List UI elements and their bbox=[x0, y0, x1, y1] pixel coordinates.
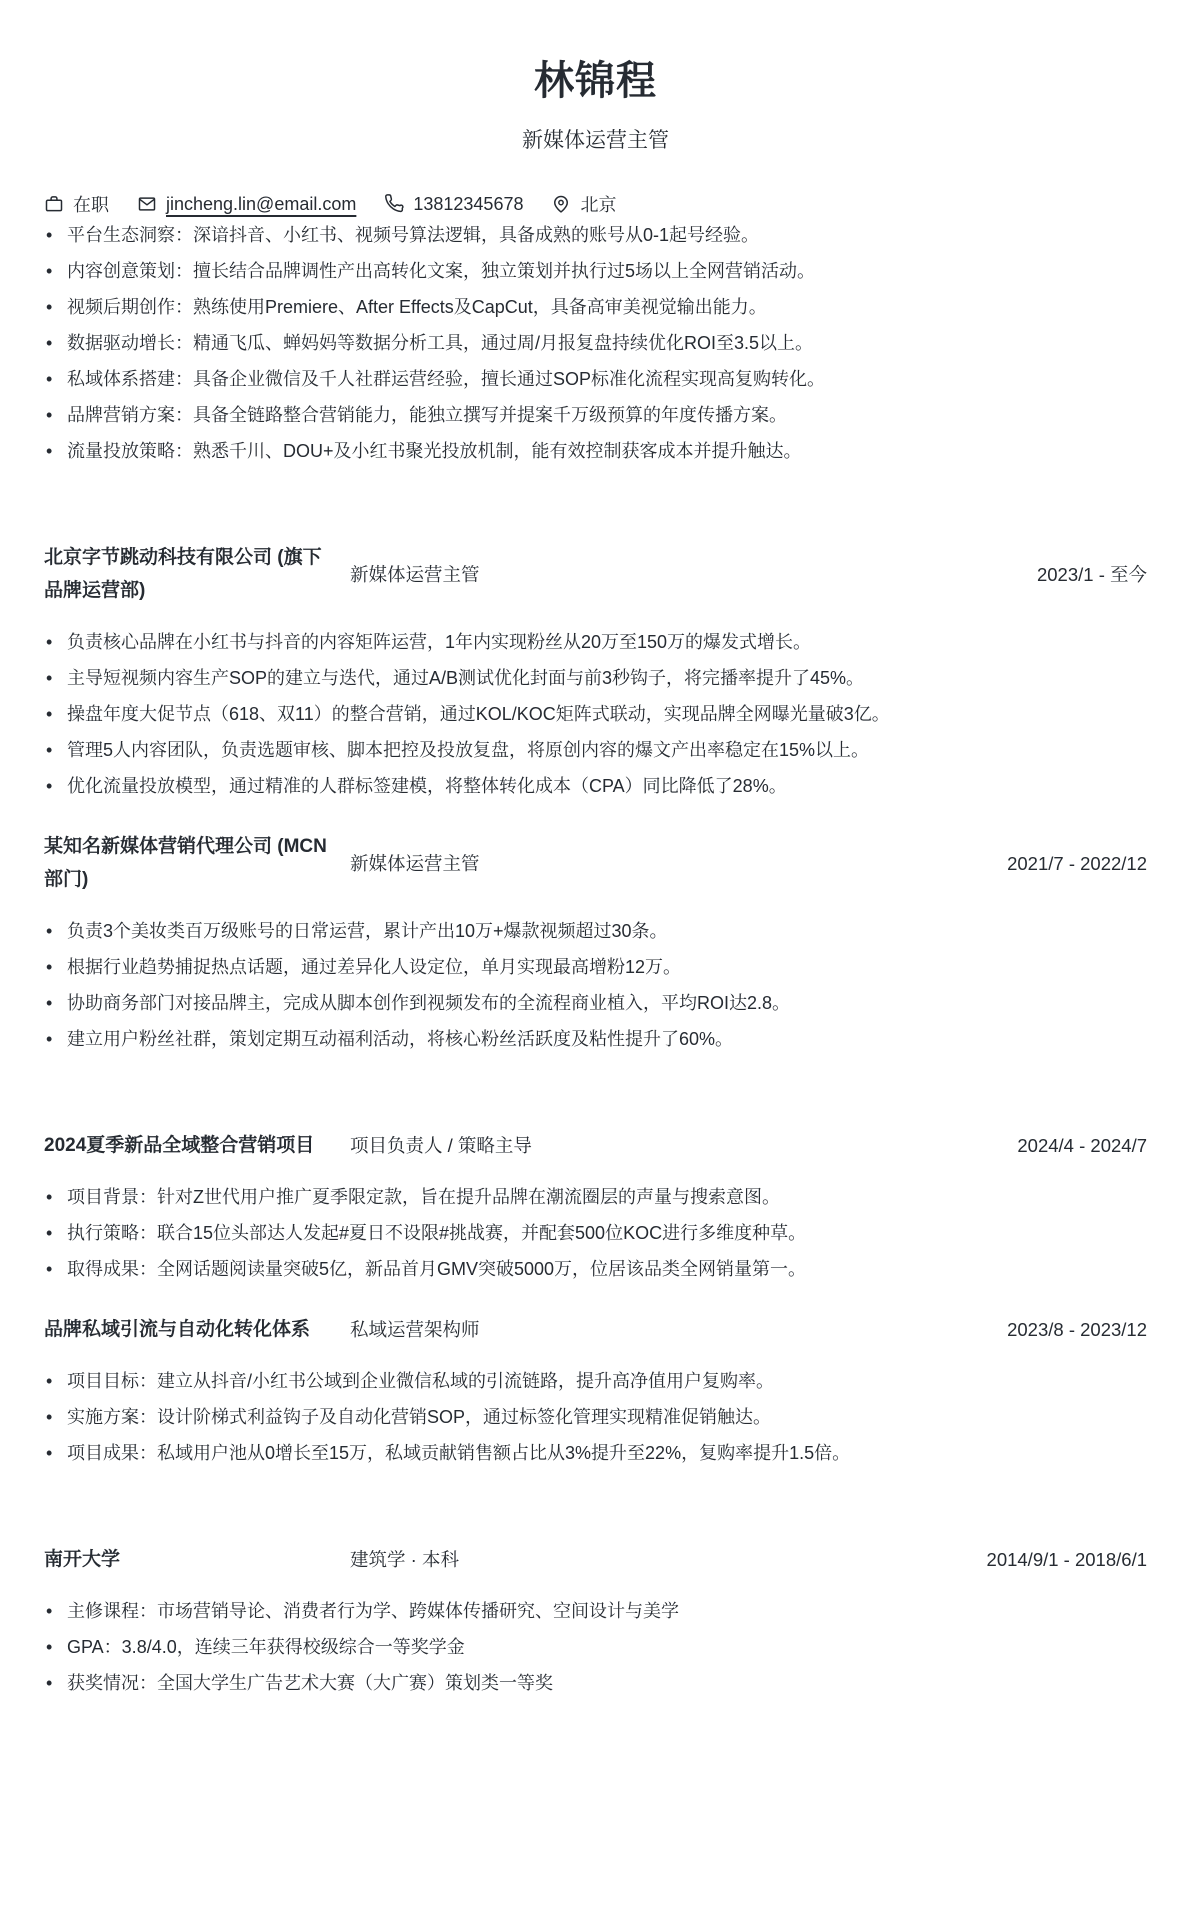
contact-bar: 在职 jincheng.lin@email.com 138123456 bbox=[44, 191, 1147, 217]
resume-page: 林锦程 新媒体运营主管 在职 jinch bbox=[0, 0, 1191, 1914]
projects-section: 2024夏季新品全域整合营销项目 项目负责人 / 策略主导 2024/4 - 2… bbox=[44, 1129, 1147, 1471]
briefcase-icon bbox=[44, 194, 64, 214]
project-bullet-list: 项目背景：针对Z世代用户推广夏季限定款，旨在提升品牌在潮流圈层的声量与搜索意图。… bbox=[44, 1179, 1147, 1287]
candidate-title: 新媒体运营主管 bbox=[44, 128, 1147, 153]
experience-bullet: 优化流量投放模型，通过精准的人群标签建模，将整体转化成本（CPA）同比降低了28… bbox=[44, 768, 1147, 804]
degree-title: 建筑学 · 本科 bbox=[350, 1543, 973, 1576]
experience-bullet: 负责核心品牌在小红书与抖音的内容矩阵运营，1年内实现粉丝从20万至150万的爆发… bbox=[44, 624, 1147, 660]
project-role: 私域运营架构师 bbox=[350, 1313, 993, 1346]
project-bullet: 实施方案：设计阶梯式利益钩子及自动化营销SOP，通过标签化管理实现精准促销触达。 bbox=[44, 1399, 1147, 1435]
resume-header: 林锦程 新媒体运营主管 在职 jinch bbox=[44, 58, 1147, 217]
contact-item-email: jincheng.lin@email.com bbox=[137, 194, 356, 215]
role-title: 新媒体运营主管 bbox=[350, 847, 993, 880]
experience-bullet-list: 负责3个美妆类百万级账号的日常运营，累计产出10万+爆款视频超过30条。 根据行… bbox=[44, 913, 1147, 1057]
summary-item: 数据驱动增长：精通飞瓜、蝉妈妈等数据分析工具，通过周/月报复盘持续优化ROI至3… bbox=[44, 325, 1147, 361]
summary-item: 私域体系搭建：具备企业微信及千人社群运营经验，擅长通过SOP标准化流程实现高复购… bbox=[44, 361, 1147, 397]
experience-section: 北京字节跳动科技有限公司 (旗下品牌运营部) 新媒体运营主管 2023/1 - … bbox=[44, 541, 1147, 1057]
education-bullet: 获奖情况：全国大学生广告艺术大赛（大广赛）策划类一等奖 bbox=[44, 1665, 1147, 1701]
education-bullet-list: 主修课程：市场营销导论、消费者行为学、跨媒体传播研究、空间设计与美学 GPA：3… bbox=[44, 1593, 1147, 1701]
summary-item: 内容创意策划：擅长结合品牌调性产出高转化文案，独立策划并执行过5场以上全网营销活… bbox=[44, 253, 1147, 289]
experience-bullet: 主导短视频内容生产SOP的建立与迭代，通过A/B测试优化封面与前3秒钩子，将完播… bbox=[44, 660, 1147, 696]
summary-list: 平台生态洞察：深谙抖音、小红书、视频号算法逻辑，具备成熟的账号从0-1起号经验。… bbox=[44, 217, 1147, 469]
contact-item-location: 北京 bbox=[551, 191, 616, 217]
project-bullet: 项目目标：建立从抖音/小红书公域到企业微信私域的引流链路，提升高净值用户复购率。 bbox=[44, 1363, 1147, 1399]
education-date-range: 2014/9/1 - 2018/6/1 bbox=[987, 1543, 1147, 1576]
project-bullet-list: 项目目标：建立从抖音/小红书公域到企业微信私域的引流链路，提升高净值用户复购率。… bbox=[44, 1363, 1147, 1471]
project-bullet: 执行策略：联合15位头部达人发起#夏日不设限#挑战赛，并配套500位KOC进行多… bbox=[44, 1215, 1147, 1251]
project-bullet: 项目背景：针对Z世代用户推广夏季限定款，旨在提升品牌在潮流圈层的声量与搜索意图。 bbox=[44, 1179, 1147, 1215]
education-bullet: 主修课程：市场营销导论、消费者行为学、跨媒体传播研究、空间设计与美学 bbox=[44, 1593, 1147, 1629]
experience-bullet: 负责3个美妆类百万级账号的日常运营，累计产出10万+爆款视频超过30条。 bbox=[44, 913, 1147, 949]
education-entry: 南开大学 建筑学 · 本科 2014/9/1 - 2018/6/1 主修课程：市… bbox=[44, 1543, 1147, 1701]
experience-bullet: 协助商务部门对接品牌主，完成从脚本创作到视频发布的全流程商业植入，平均ROI达2… bbox=[44, 985, 1147, 1021]
date-range: 2021/7 - 2022/12 bbox=[1007, 847, 1147, 880]
phone-number: 13812345678 bbox=[413, 194, 523, 215]
project-bullet: 取得成果：全网话题阅读量突破5亿，新品首月GMV突破5000万，位居该品类全网销… bbox=[44, 1251, 1147, 1287]
experience-entry: 某知名新媒体营销代理公司 (MCN部门) 新媒体运营主管 2021/7 - 20… bbox=[44, 830, 1147, 1057]
contact-item-phone: 13812345678 bbox=[384, 194, 523, 215]
project-entry-header: 品牌私域引流与自动化转化体系 私域运营架构师 2023/8 - 2023/12 bbox=[44, 1313, 1147, 1346]
education-bullet: GPA：3.8/4.0，连续三年获得校级综合一等奖学金 bbox=[44, 1629, 1147, 1665]
company-name: 北京字节跳动科技有限公司 (旗下品牌运营部) bbox=[44, 541, 336, 607]
school-name: 南开大学 bbox=[44, 1543, 336, 1576]
project-role: 项目负责人 / 策略主导 bbox=[350, 1129, 1003, 1162]
location-label: 北京 bbox=[580, 191, 616, 217]
project-entry: 品牌私域引流与自动化转化体系 私域运营架构师 2023/8 - 2023/12 … bbox=[44, 1313, 1147, 1471]
phone-icon bbox=[384, 194, 404, 214]
email-link[interactable]: jincheng.lin@email.com bbox=[166, 194, 356, 215]
candidate-name: 林锦程 bbox=[44, 58, 1147, 104]
project-date-range: 2024/4 - 2024/7 bbox=[1017, 1129, 1147, 1162]
company-name: 某知名新媒体营销代理公司 (MCN部门) bbox=[44, 830, 336, 896]
location-pin-icon bbox=[551, 194, 571, 214]
experience-bullet-list: 负责核心品牌在小红书与抖音的内容矩阵运营，1年内实现粉丝从20万至150万的爆发… bbox=[44, 624, 1147, 804]
project-date-range: 2023/8 - 2023/12 bbox=[1007, 1313, 1147, 1346]
summary-item: 品牌营销方案：具备全链路整合营销能力，能独立撰写并提案千万级预算的年度传播方案。 bbox=[44, 397, 1147, 433]
education-section: 南开大学 建筑学 · 本科 2014/9/1 - 2018/6/1 主修课程：市… bbox=[44, 1543, 1147, 1701]
experience-entry: 北京字节跳动科技有限公司 (旗下品牌运营部) 新媒体运营主管 2023/1 - … bbox=[44, 541, 1147, 804]
experience-bullet: 管理5人内容团队，负责选题审核、脚本把控及投放复盘，将原创内容的爆文产出率稳定在… bbox=[44, 732, 1147, 768]
date-range: 2023/1 - 至今 bbox=[1037, 558, 1147, 591]
project-name: 2024夏季新品全域整合营销项目 bbox=[44, 1129, 336, 1162]
experience-bullet: 建立用户粉丝社群，策划定期互动福利活动，将核心粉丝活跃度及粘性提升了60%。 bbox=[44, 1021, 1147, 1057]
mail-icon bbox=[137, 194, 157, 214]
project-entry-header: 2024夏季新品全域整合营销项目 项目负责人 / 策略主导 2024/4 - 2… bbox=[44, 1129, 1147, 1162]
contact-status-label: 在职 bbox=[73, 191, 109, 217]
experience-bullet: 操盘年度大促节点（618、双11）的整合营销，通过KOL/KOC矩阵式联动，实现… bbox=[44, 696, 1147, 732]
education-entry-header: 南开大学 建筑学 · 本科 2014/9/1 - 2018/6/1 bbox=[44, 1543, 1147, 1576]
summary-item: 平台生态洞察：深谙抖音、小红书、视频号算法逻辑，具备成熟的账号从0-1起号经验。 bbox=[44, 217, 1147, 253]
experience-bullet: 根据行业趋势捕捉热点话题，通过差异化人设定位，单月实现最高增粉12万。 bbox=[44, 949, 1147, 985]
contact-item-status: 在职 bbox=[44, 191, 109, 217]
experience-entry-header: 北京字节跳动科技有限公司 (旗下品牌运营部) 新媒体运营主管 2023/1 - … bbox=[44, 541, 1147, 607]
role-title: 新媒体运营主管 bbox=[350, 558, 1023, 591]
project-name: 品牌私域引流与自动化转化体系 bbox=[44, 1313, 336, 1346]
summary-item: 流量投放策略：熟悉千川、DOU+及小红书聚光投放机制，能有效控制获客成本并提升触… bbox=[44, 433, 1147, 469]
summary-item: 视频后期创作：熟练使用Premiere、After Effects及CapCut… bbox=[44, 289, 1147, 325]
project-bullet: 项目成果：私域用户池从0增长至15万，私域贡献销售额占比从3%提升至22%，复购… bbox=[44, 1435, 1147, 1471]
project-entry: 2024夏季新品全域整合营销项目 项目负责人 / 策略主导 2024/4 - 2… bbox=[44, 1129, 1147, 1287]
experience-entry-header: 某知名新媒体营销代理公司 (MCN部门) 新媒体运营主管 2021/7 - 20… bbox=[44, 830, 1147, 896]
